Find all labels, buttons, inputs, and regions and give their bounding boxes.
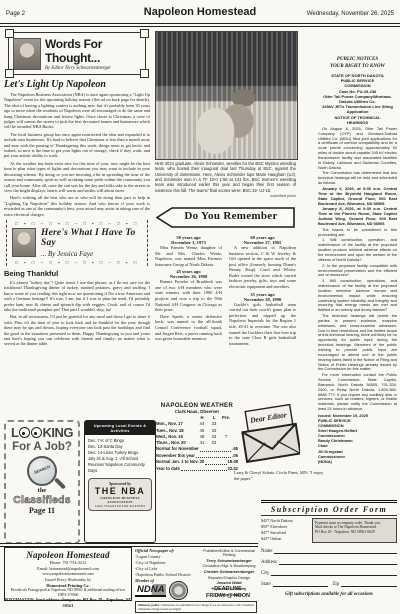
upcoming-events-box: Upcoming Local Events & Activities Dec. …: [84, 420, 156, 543]
columnist-photo: [12, 228, 36, 257]
notice-paragraph: 3. Will construction, operations, and ma…: [318, 279, 397, 313]
page-ref-text: Page 11: [8, 506, 76, 515]
dyr-entry-text: Bonnie Preszler of Braddock was one of t…: [155, 279, 222, 312]
words-for-thought-title: Words For Thought...: [45, 37, 139, 65]
article-light-up: The Napoleon Business Association (NBA) …: [4, 92, 150, 217]
notice-paragraph: 1. Will construction, operation, and mai…: [318, 238, 397, 262]
staff-name: Jessica Wald: [200, 580, 258, 585]
article-paragraph: The Napoleon Business Association (NBA) …: [4, 92, 150, 130]
words-for-thought-box: Words For Thought... By Editor Terry Sch…: [8, 32, 146, 75]
staff-name: Christie Schwartzenberger: [200, 569, 258, 574]
public-notices-column: PUBLIC NOTICES YOUR RIGHT TO KNOW STATE …: [318, 57, 397, 464]
do-you-remember-columns: 50 years ago December 3, 1975 Miss Pamel…: [155, 233, 297, 347]
ndna-logo: NDNA: [135, 584, 166, 597]
classifieds-text: Classifieds: [8, 494, 76, 506]
weather-observer: Clark Haas, Observer: [156, 409, 238, 414]
the-text: the: [8, 487, 76, 494]
notice-paragraph: On August 8, 2025, Otter Tail Power Comp…: [318, 127, 397, 171]
editor-photo: [13, 38, 41, 70]
zip-input-line[interactable]: [341, 581, 397, 587]
wrestling-photo: [155, 31, 298, 160]
notice-paragraph: The Commission has determined that two t…: [318, 171, 397, 186]
header-rule: [0, 23, 400, 27]
dyr-entry-text: Dave Sperle, a senior defensive back, wa…: [155, 314, 222, 342]
weather-title: NAPOLEON WEATHER: [156, 402, 238, 409]
subscription-prices: $45* North Dakota $50* Elsewhere $47* Sn…: [261, 518, 309, 543]
search-icon-label: SEARCH: [29, 462, 55, 476]
subscription-order-form: Subscription Order Form $45* North Dakot…: [261, 500, 397, 597]
sponsor-call-line: Call 754-2212 to list an event: [90, 504, 150, 508]
staff-role: Publisher/Editor & Commercial Printing: [200, 549, 258, 558]
column-byline: ... By Jessica Faye: [41, 250, 142, 258]
form-field-name: Name: [261, 548, 397, 554]
form-field-city: City: [261, 570, 397, 576]
official-newspaper-list: Official Newspaper of: -Logan County -Ci…: [135, 548, 197, 584]
article-headline-light-up: Let's Light Up Napoleon: [4, 79, 150, 90]
events-list: Dec. 7-K of C Bingo Dec. 13-Santa Day De…: [85, 435, 155, 475]
heres-what-i-have-to-say-box: Here's What I Have To Say ... By Jessica…: [6, 220, 148, 266]
form-field-address: Address: [261, 559, 397, 565]
envelope-icon: Dear Editor: [240, 404, 300, 466]
sponsor-name: THE NBA: [90, 486, 150, 496]
notice-heading: STATE OF NORTH DAKOTA PUBLIC SERVICE COM…: [318, 73, 397, 125]
dyr-entry-text: Miss Pamela Wentz, daughter of Mr. and M…: [155, 245, 222, 267]
photo-credit: submitted photo: [155, 194, 296, 199]
association-logos: NDNA: [135, 581, 199, 600]
payment-note-box: Payment must accompany order. Thank you.…: [312, 518, 397, 543]
postmaster-notice: POSTMASTER: Send address changes to: PO …: [4, 597, 132, 609]
looking-headline: LKING: [8, 425, 76, 440]
public-notices-banner: PUBLIC NOTICES YOUR RIGHT TO KNOW: [318, 57, 397, 70]
gift-subscriptions-note: Gift subscriptions available for all occ…: [261, 592, 397, 597]
article-headline-being-thankful: Being Thankful: [4, 269, 150, 278]
notice-paragraph: January 6, 2026, at 9:30 a.m. Central Ti…: [318, 187, 397, 206]
deadline-notice: –DEADLINE– FRIDAY @ NOON: [196, 586, 260, 601]
dyr-column-1: 50 years ago December 3, 1975 Miss Pamel…: [155, 233, 222, 347]
article-paragraph: Here's wishing all the best who are or w…: [4, 195, 150, 217]
search-icon: SEARCH: [27, 456, 57, 486]
notice-paragraph: The technical hearings will permit the p…: [318, 314, 397, 372]
article-being-thankful: It's almost "turkey day"! Quite ironic I…: [4, 280, 150, 347]
do-you-remember-title: Do You Remember: [171, 210, 291, 222]
event-item: July 31 & Aug. 1 -All School Reunion/ Na…: [88, 456, 152, 474]
for-a-job-text: For A Job?: [8, 441, 76, 453]
dyr-entry-text: A new addition to Napoleon business sect…: [229, 245, 296, 290]
do-you-remember-banner: Do You Remember: [155, 206, 297, 229]
obituary-policy-box: Obituary policy: Obituaries are publishe…: [135, 601, 257, 613]
state-input-line[interactable]: [273, 581, 329, 587]
price-item: $43* Online: [261, 536, 309, 542]
masthead-title: Napoleon Homestead: [7, 550, 129, 560]
words-for-thought-byline: By Editor Terry Schwartzenberger: [45, 66, 139, 71]
subscription-form-title: Subscription Order Form: [261, 505, 397, 516]
masthead-box: Napoleon Homestead Phone: 701-754-2212 E…: [4, 547, 132, 601]
weather-box: NAPOLEON WEATHER Clark Haas, Observer H …: [156, 402, 238, 472]
column-title: Here's What I Have To Say: [41, 228, 142, 248]
article-paragraph: As the weather has been extra nice for t…: [4, 161, 150, 193]
left-column: Words For Thought... By Editor Terry Sch…: [4, 30, 150, 349]
wrestling-photo-caption: NHS 2024 graduate, Alexis Schneider, wre…: [155, 161, 296, 199]
classifieds-ad: LKING For A Job? SEARCH the Classifieds …: [4, 420, 80, 544]
city-input-line[interactable]: [271, 570, 397, 576]
sponsor-subtitle: Napoleon Business Association: [90, 496, 150, 504]
sponsor-box: Sponsored by THE NBA Napoleon Business A…: [88, 478, 152, 511]
address-input-line[interactable]: [279, 559, 397, 565]
staff-name: Terry Schwartzenberger: [200, 558, 258, 563]
article-paragraph: The local business group has once again …: [4, 132, 150, 159]
dyr-entry-text: Gackle's girls basketball team carried o…: [229, 302, 296, 347]
googly-eye-icon: [19, 427, 30, 438]
decorative-border-row: [10, 260, 144, 265]
page-date: Wednesday, November 26, 2025: [307, 11, 394, 17]
notice-signatures: Issued: November 19, 2025 PUBLIC SERVICE…: [318, 413, 397, 464]
name-input-line[interactable]: [274, 548, 397, 554]
weather-summary-row: Year to date22.42: [156, 466, 238, 473]
article-paragraph: It's almost "turkey day"! Quite ironic I…: [4, 280, 150, 312]
notice-paragraph: The issues to be considered in this proc…: [318, 228, 397, 238]
events-box-header: Upcoming Local Events & Activities: [85, 421, 155, 435]
dyr-column-2: 60 years ago November 27, 1965 A new add…: [229, 233, 296, 347]
newspaper-page: Page 2 Napoleon Homestead Wednesday, Nov…: [0, 0, 400, 614]
member-seal-icon: [169, 581, 188, 600]
decorative-border-row: [10, 221, 144, 226]
article-paragraph: But, in all seriousness, I'd just be gra…: [4, 314, 150, 346]
notice-paragraph: For more information contact the Public …: [318, 373, 397, 412]
dear-editor-caption: Larry & Cheryl Schatz, Circle Pines, MN:…: [234, 470, 326, 482]
dear-editor-graphic: Dear Editor: [240, 404, 300, 466]
notice-paragraph: January 8, 2026, at 9:30 a.m. Central Ti…: [318, 207, 397, 226]
official-item: -Napoleon Public School District: [135, 572, 197, 578]
form-field-state-zip: State Zip: [261, 581, 397, 587]
googly-eye-icon: [31, 427, 42, 438]
notice-paragraph: 2. Is the proposed facility compatible w…: [318, 264, 397, 279]
